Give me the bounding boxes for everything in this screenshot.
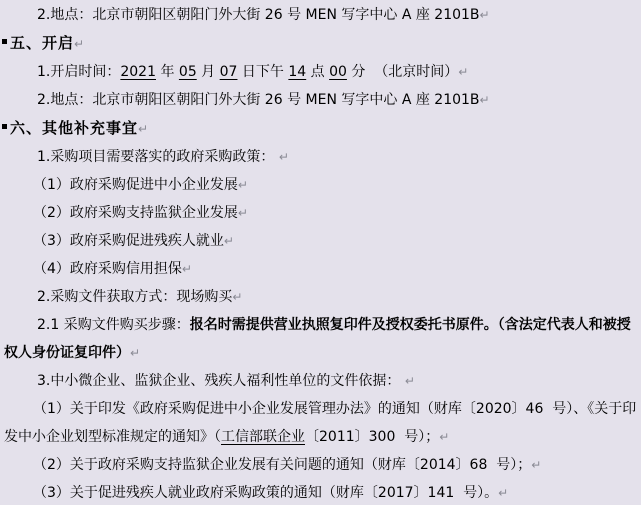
paragraph-mark-icon: ↵ — [439, 430, 449, 444]
heading-section-5: 五、开启↵ — [2, 29, 637, 58]
paragraph-text: 3.中小微企业、监狱企业、残疾人福利性单位的文件依据： — [37, 373, 405, 389]
heading-text: 六、其他补充事宜 — [10, 119, 138, 137]
open-time-sep: 点 — [306, 64, 329, 80]
paragraph-policy-item-3: （3）政府采购促进残疾人就业↵ — [4, 227, 637, 255]
paragraph-policy-item-2: （2）政府采购支持监狱企业发展↵ — [4, 199, 637, 227]
paragraph-open-time: 1.开启时间：2021 年 05 月 07 日下午 14 点 00 分 （北京时… — [4, 58, 637, 86]
paragraph-mark-icon: ↵ — [498, 486, 508, 500]
paragraph-obtain-method: 2.采购文件获取方式：现场购买↵ — [4, 283, 637, 311]
paragraph-text: （4）政府采购信用担保 — [33, 261, 182, 277]
paragraph-mark-icon: ↵ — [405, 374, 415, 388]
heading-bullet-icon — [2, 124, 7, 129]
paragraph-text: （3）关于促进残疾人就业政府采购政策的通知（财库〔2017〕141 号）。 — [33, 485, 498, 501]
paragraph-mark-icon: ↵ — [238, 178, 248, 192]
paragraph-basis-item-1: （1）关于印发《政府采购促进中小企业发展管理办法》的通知（财库〔2020〕46 … — [4, 395, 637, 451]
paragraph-text: 〔2011〕300 号）； — [305, 429, 439, 445]
heading-text: 五、开启 — [10, 34, 74, 52]
paragraph-location-open: 2.地点：北京市朝阳区朝阳门外大街 26 号 MEN 写字中心 A 座 2101… — [4, 86, 637, 114]
paragraph-purchase-steps: 2.1 采购文件购买步骤：报名时需提供营业执照复印件及授权委托书原件。（含法定代… — [4, 311, 637, 367]
paragraph-mark-icon: ↵ — [232, 290, 242, 304]
paragraph-text: （2）关于政府采购支持监狱企业发展有关问题的通知（财库〔2014〕68 号）； — [33, 457, 531, 473]
open-time-minute: 00 — [329, 64, 347, 80]
paragraph-text: 1.采购项目需要落实的政府采购政策： — [37, 149, 279, 165]
paragraph-policy-intro: 1.采购项目需要落实的政府采购政策： ↵ — [4, 143, 637, 171]
paragraph-mark-icon: ↵ — [224, 234, 234, 248]
paragraph-location-top: 2.地点：北京市朝阳区朝阳门外大街 26 号 MEN 写字中心 A 座 2101… — [4, 1, 637, 29]
paragraph-mark-icon: ↵ — [238, 206, 248, 220]
open-time-hour: 14 — [288, 64, 306, 80]
open-time-sep: 日下午 — [237, 64, 288, 80]
paragraph-text: 2.采购文件获取方式：现场购买 — [37, 289, 232, 305]
document-page: 2.地点：北京市朝阳区朝阳门外大街 26 号 MEN 写字中心 A 座 2101… — [0, 0, 641, 505]
paragraph-basis-item-3: （3）关于促进残疾人就业政府采购政策的通知（财库〔2017〕141 号）。↵ — [4, 479, 637, 505]
heading-bullet-icon — [2, 39, 7, 44]
paragraph-policy-item-1: （1）政府采购促进中小企业发展↵ — [4, 171, 637, 199]
open-time-sep: 月 — [197, 64, 220, 80]
paragraph-mark-icon: ↵ — [130, 346, 140, 360]
paragraph-text: （2）政府采购支持监狱企业发展 — [33, 205, 238, 221]
open-time-sep: 年 — [156, 64, 179, 80]
paragraph-mark-icon: ↵ — [74, 37, 85, 51]
paragraph-text: （3）政府采购促进残疾人就业 — [33, 233, 224, 249]
open-time-year: 2021 — [120, 64, 156, 80]
paragraph-text: 2.地点：北京市朝阳区朝阳门外大街 26 号 MEN 写字中心 A 座 2101… — [37, 7, 480, 23]
open-time-month: 05 — [179, 64, 197, 80]
paragraph-basis-intro: 3.中小微企业、监狱企业、残疾人福利性单位的文件依据： ↵ — [4, 367, 637, 395]
paragraph-text: （1）政府采购促进中小企业发展 — [33, 177, 238, 193]
paragraph-mark-icon: ↵ — [182, 262, 192, 276]
open-time-day: 07 — [220, 64, 238, 80]
paragraph-mark-icon: ↵ — [138, 122, 149, 136]
paragraph-mark-icon: ↵ — [480, 93, 490, 107]
paragraph-mark-icon: ↵ — [279, 150, 289, 164]
open-time-tail: 分 （北京时间） — [347, 64, 458, 80]
paragraph-mark-icon: ↵ — [531, 458, 541, 472]
paragraph-mark-icon: ↵ — [458, 65, 468, 79]
purchase-steps-label: 2.1 采购文件购买步骤： — [37, 317, 190, 333]
paragraph-policy-item-4: （4）政府采购信用担保↵ — [4, 255, 637, 283]
basis-issuer-underlined: 工信部联企业 — [221, 429, 305, 445]
open-time-label: 1.开启时间： — [37, 64, 120, 80]
paragraph-text: 2.地点：北京市朝阳区朝阳门外大街 26 号 MEN 写字中心 A 座 2101… — [37, 92, 480, 108]
paragraph-mark-icon: ↵ — [480, 8, 490, 22]
heading-section-6: 六、其他补充事宜↵ — [2, 114, 637, 143]
paragraph-basis-item-2: （2）关于政府采购支持监狱企业发展有关问题的通知（财库〔2014〕68 号）；↵ — [4, 451, 637, 479]
